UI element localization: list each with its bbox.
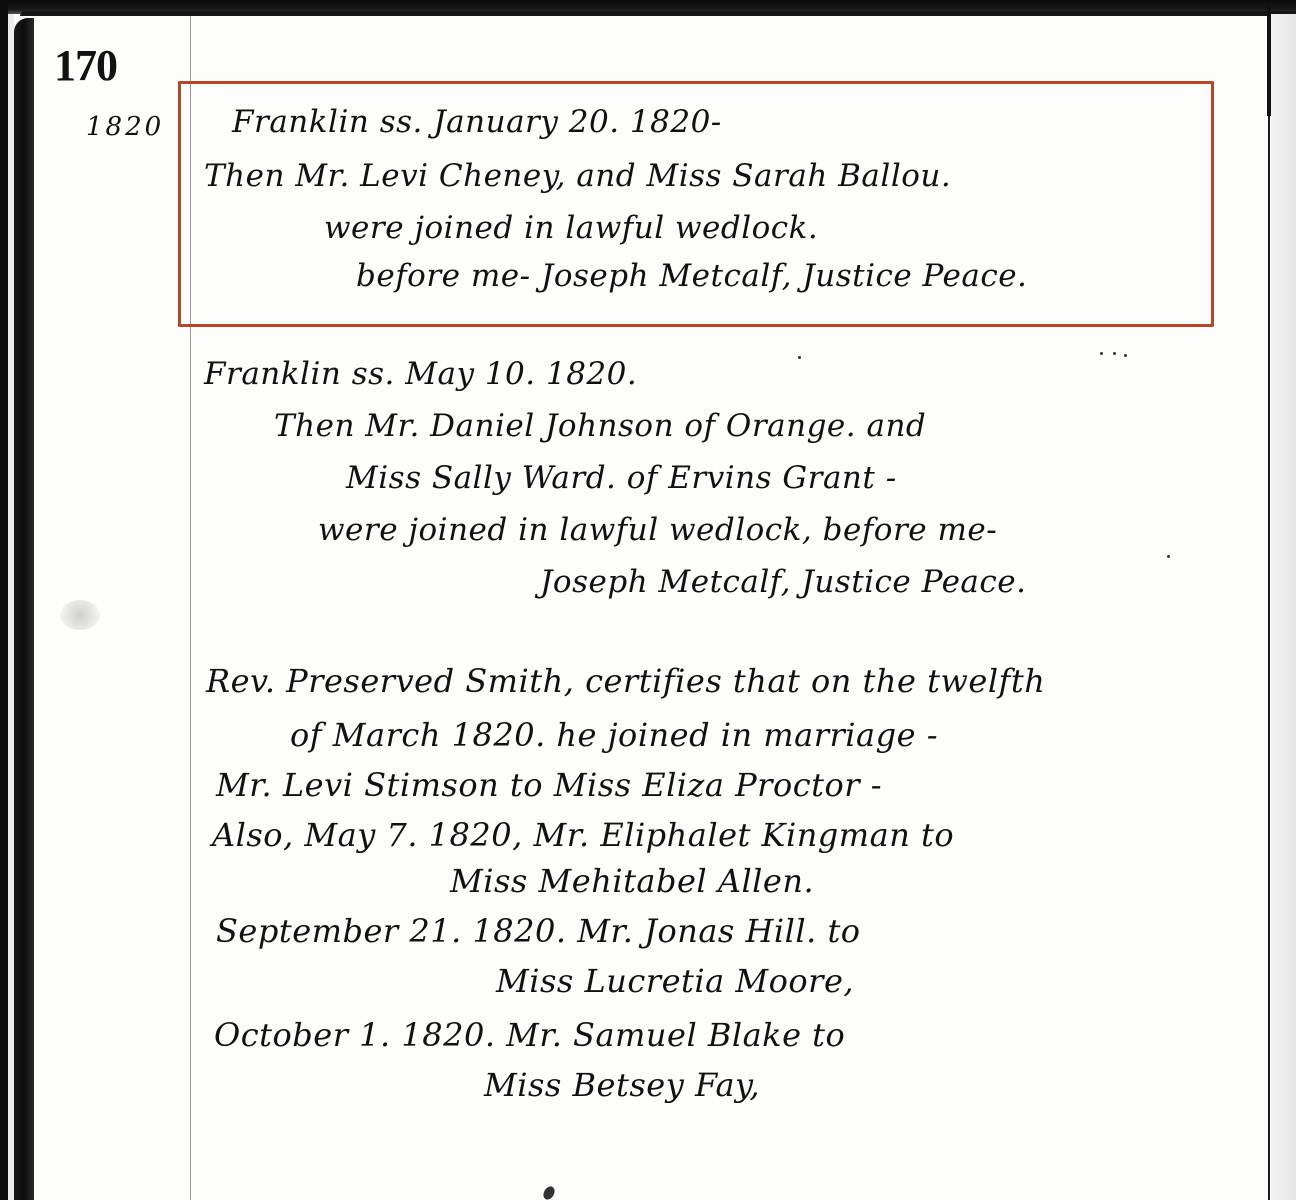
entry-2-line-2: Then Mr. Daniel Johnson of Orange. and xyxy=(274,408,926,444)
entry-3-line-8: October 1. 1820. Mr. Samuel Blake to xyxy=(214,1016,845,1054)
entry-3-line-5: Miss Mehitabel Allen. xyxy=(450,862,814,900)
ink-speck xyxy=(1124,354,1127,357)
entry-3-line-3: Mr. Levi Stimson to Miss Eliza Proctor - xyxy=(216,766,882,804)
entry-3-line-9: Miss Betsey Fay, xyxy=(484,1066,760,1104)
ink-speck xyxy=(1100,352,1103,355)
highlighted-entry-box xyxy=(178,81,1214,327)
entry-3-line-6: September 21. 1820. Mr. Jonas Hill. to xyxy=(216,912,861,950)
entry-2-line-3: Miss Sally Ward. of Ervins Grant - xyxy=(346,460,897,496)
facing-page-shadow xyxy=(1271,14,1296,1200)
entry-3-line-2: of March 1820. he joined in marriage - xyxy=(290,716,938,754)
page-number: 170 xyxy=(54,40,117,91)
entry-2-signature: Joseph Metcalf, Justice Peace. xyxy=(540,564,1026,600)
entry-3-heading: Rev. Preserved Smith, certifies that on … xyxy=(206,662,1045,700)
right-margin-rule-top xyxy=(1267,6,1271,116)
ink-mark xyxy=(541,1184,557,1200)
ink-speck xyxy=(1167,555,1170,558)
entry-2-line-4: were joined in lawful wedlock, before me… xyxy=(318,512,997,548)
entry-3-line-7: Miss Lucretia Moore, xyxy=(496,962,854,1000)
right-margin-rule xyxy=(1268,6,1270,1200)
margin-year: 1820 xyxy=(86,112,164,142)
book-spine-edge xyxy=(0,0,8,1200)
ink-speck xyxy=(798,356,801,359)
ink-speck xyxy=(1113,352,1116,355)
ledger-page: 170 1820 Franklin ss. January 20. 1820- … xyxy=(0,0,1296,1200)
book-spine-inner-edge xyxy=(14,18,34,1200)
entry-3-line-4: Also, May 7. 1820, Mr. Eliphalet Kingman… xyxy=(212,816,954,854)
top-border-rule xyxy=(20,11,1296,16)
paper-smudge xyxy=(60,600,100,630)
entry-2-heading: Franklin ss. May 10. 1820. xyxy=(204,356,637,392)
